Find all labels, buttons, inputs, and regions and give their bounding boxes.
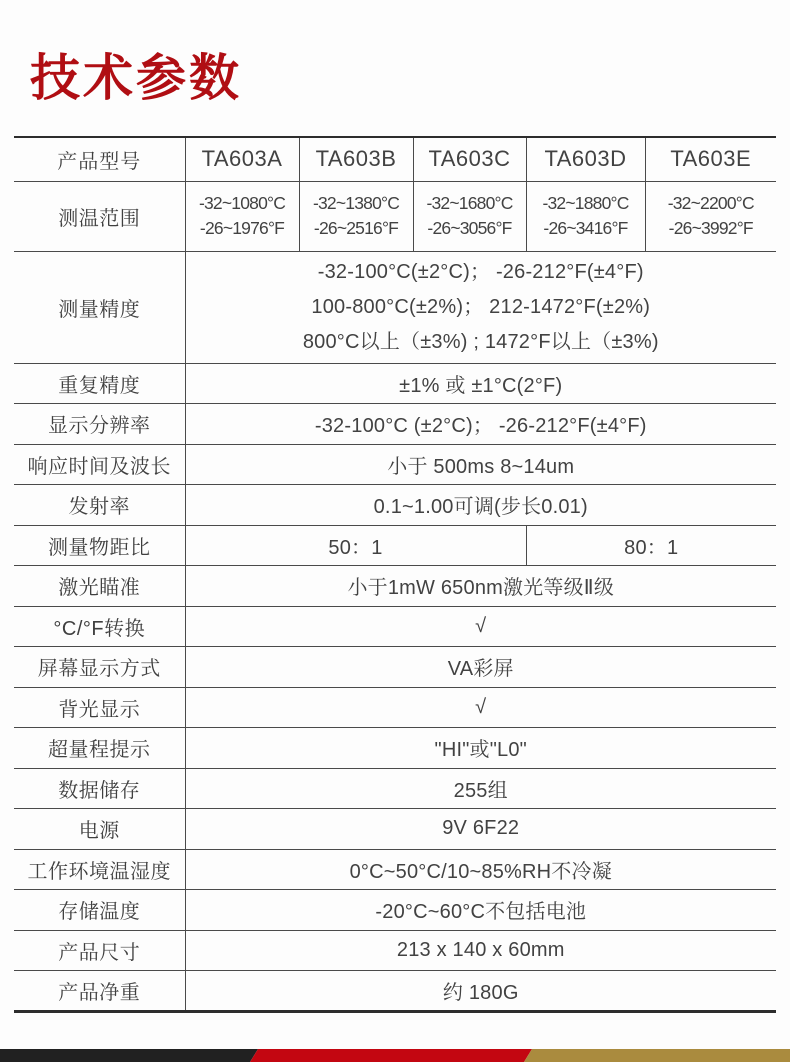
table-row-range: 测温范围 -32~1080°C -26~1976°F -32~1380°C -2… (14, 181, 776, 251)
table-row: 数据储存 255组 (14, 768, 776, 809)
row-value: 约 180G (185, 971, 776, 1012)
spec-table: 产品型号 TA603A TA603B TA603C TA603D TA603E … (14, 136, 776, 1013)
table-row-distance-ratio: 测量物距比 50：1 80：1 (14, 525, 776, 566)
model-name: TA603A (185, 137, 299, 181)
range-cell: -32~1380°C -26~2516°F (299, 181, 413, 251)
range-celsius: -32~1080°C (188, 191, 297, 216)
footer-accent-bar (0, 1049, 790, 1062)
model-name: TA603D (526, 137, 645, 181)
table-row: 产品净重 约 180G (14, 971, 776, 1012)
range-fahrenheit: -26~2516°F (302, 216, 411, 241)
row-value: ±1% 或 ±1°C(2°F) (185, 363, 776, 404)
range-celsius: -32~2200°C (648, 191, 775, 216)
row-label: 响应时间及波长 (14, 444, 185, 485)
model-name: TA603E (645, 137, 776, 181)
row-label-range: 测温范围 (14, 181, 185, 251)
range-celsius: -32~1880°C (529, 191, 643, 216)
row-label: 电源 (14, 809, 185, 850)
page: 技术参数 产品型号 TA603A TA603B TA603C TA603D TA… (0, 0, 790, 1062)
range-cell: -32~1680°C -26~3056°F (413, 181, 526, 251)
row-value: √ (185, 606, 776, 647)
row-label-model: 产品型号 (14, 137, 185, 181)
range-celsius: -32~1680°C (416, 191, 524, 216)
table-row: °C/°F转换 √ (14, 606, 776, 647)
accuracy-line: 800°C以上（±3%) ; 1472°F以上（±3%) (188, 325, 775, 360)
range-fahrenheit: -26~3056°F (416, 216, 524, 241)
table-row: 背光显示 √ (14, 687, 776, 728)
row-value: 255组 (185, 768, 776, 809)
row-value: 9V 6F22 (185, 809, 776, 850)
row-label: °C/°F转换 (14, 606, 185, 647)
row-value: 213 x 140 x 60mm (185, 930, 776, 971)
accuracy-line: -32-100°C(±2°C)； -26-212°F(±4°F) (188, 255, 775, 290)
table-row: 重复精度 ±1% 或 ±1°C(2°F) (14, 363, 776, 404)
table-row: 屏幕显示方式 VA彩屏 (14, 647, 776, 688)
row-value: 小于1mW 650nm激光等级Ⅱ级 (185, 566, 776, 607)
row-label: 背光显示 (14, 687, 185, 728)
row-label: 激光瞄准 (14, 566, 185, 607)
table-row: 显示分辨率 -32-100°C (±2°C)； -26-212°F(±4°F) (14, 404, 776, 445)
row-label: 产品尺寸 (14, 930, 185, 971)
row-value: -32-100°C (±2°C)； -26-212°F(±4°F) (185, 404, 776, 445)
row-label-distance-ratio: 测量物距比 (14, 525, 185, 566)
row-label: 屏幕显示方式 (14, 647, 185, 688)
table-row: 工作环境温湿度 0°C~50°C/10~85%RH不冷凝 (14, 849, 776, 890)
range-celsius: -32~1380°C (302, 191, 411, 216)
row-label: 工作环境温湿度 (14, 849, 185, 890)
table-row: 响应时间及波长 小于 500ms 8~14um (14, 444, 776, 485)
accent-segment-red (250, 1049, 532, 1062)
range-cell: -32~1880°C -26~3416°F (526, 181, 645, 251)
table-row: 电源 9V 6F22 (14, 809, 776, 850)
row-label: 发射率 (14, 485, 185, 526)
distance-ratio-right: 80：1 (526, 525, 776, 566)
table-row: 发射率 0.1~1.00可调(步长0.01) (14, 485, 776, 526)
accent-segment-black (0, 1049, 258, 1062)
range-cell: -32~1080°C -26~1976°F (185, 181, 299, 251)
row-label: 超量程提示 (14, 728, 185, 769)
accuracy-line: 100-800°C(±2%)； 212-1472°F(±2%) (188, 290, 775, 325)
table-row-accuracy: 测量精度 -32-100°C(±2°C)； -26-212°F(±4°F) 10… (14, 251, 776, 363)
range-fahrenheit: -26~1976°F (188, 216, 297, 241)
model-name: TA603B (299, 137, 413, 181)
row-value: 0°C~50°C/10~85%RH不冷凝 (185, 849, 776, 890)
range-fahrenheit: -26~3992°F (648, 216, 775, 241)
table-row-model: 产品型号 TA603A TA603B TA603C TA603D TA603E (14, 137, 776, 181)
row-label: 数据储存 (14, 768, 185, 809)
row-value: 小于 500ms 8~14um (185, 444, 776, 485)
accent-segment-gold (524, 1049, 790, 1062)
range-fahrenheit: -26~3416°F (529, 216, 643, 241)
row-value: 0.1~1.00可调(步长0.01) (185, 485, 776, 526)
row-value: √ (185, 687, 776, 728)
row-value: -20°C~60°C不包括电池 (185, 890, 776, 931)
table-row: 产品尺寸 213 x 140 x 60mm (14, 930, 776, 971)
table-row: 存储温度 -20°C~60°C不包括电池 (14, 890, 776, 931)
row-value: "HI"或"L0" (185, 728, 776, 769)
accuracy-cell: -32-100°C(±2°C)； -26-212°F(±4°F) 100-800… (185, 251, 776, 363)
distance-ratio-left: 50：1 (185, 525, 526, 566)
range-cell: -32~2200°C -26~3992°F (645, 181, 776, 251)
row-label: 产品净重 (14, 971, 185, 1012)
table-row: 超量程提示 "HI"或"L0" (14, 728, 776, 769)
page-title: 技术参数 (30, 38, 242, 110)
row-value: VA彩屏 (185, 647, 776, 688)
row-label: 显示分辨率 (14, 404, 185, 445)
row-label-accuracy: 测量精度 (14, 251, 185, 363)
table-row: 激光瞄准 小于1mW 650nm激光等级Ⅱ级 (14, 566, 776, 607)
row-label: 存储温度 (14, 890, 185, 931)
row-label: 重复精度 (14, 363, 185, 404)
model-name: TA603C (413, 137, 526, 181)
